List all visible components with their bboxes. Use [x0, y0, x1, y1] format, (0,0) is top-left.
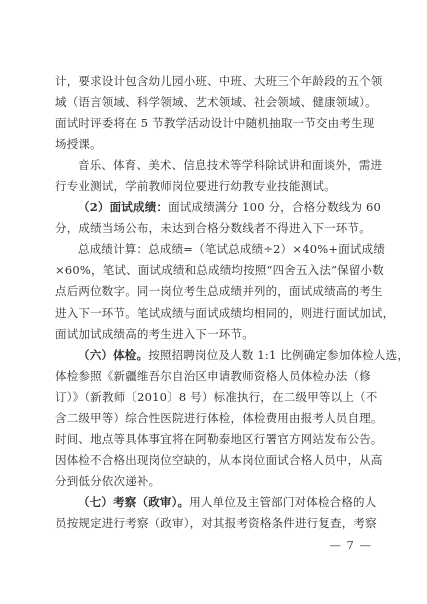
line-text: 场授课。	[55, 137, 102, 151]
text-line: 分到低分依次递补。	[55, 471, 375, 492]
line-text: 面试成绩满分 100 分，合格分数线为 60	[168, 200, 381, 214]
text-line: 行专业测试，学前教师岗位要进行幼教专业技能测试。	[55, 176, 375, 197]
document-page: 计，要求设计包含幼儿园小班、中班、大班三个年龄段的五个领域（语言领域、科学领域、…	[0, 0, 427, 604]
line-text: 分到低分依次递补。	[55, 474, 160, 488]
page-number: — 7 —	[329, 536, 372, 554]
text-line: 分，成绩当场公布，未达到合格分数线者不得进入下一环节。	[55, 218, 375, 239]
line-text: 音乐、体育、美术、信息技术等学科除试讲和面谈外，需进	[78, 158, 382, 172]
line-text: 总成绩计算：总成绩=（笔试总成绩÷2）×40%+面试成绩	[78, 242, 385, 256]
line-text: 用人单位及主管部门对体检合格的人	[189, 495, 376, 509]
text-line: 面试时评委将在 5 节教学活动设计中随机抽取一节交由考生现	[55, 113, 375, 134]
line-text: 含二级甲等）综合性医院进行体检，体检费用由报考人员自理。	[55, 411, 383, 425]
text-line: 时间、地点等具体事宜将在阿勒泰地区行署官方网站发布公告。	[55, 429, 375, 450]
text-line: 点后两位数字。同一岗位考生总成绩并列的，面试成绩高的考生	[55, 281, 375, 302]
line-text: 员按规定进行考察（政审），对其报考资格条件进行复查，考察	[55, 516, 377, 530]
text-line: 进入下一环节。笔试成绩与面试成绩均相同的，则进行面试加试，	[55, 303, 375, 324]
line-text: 按照招聘岗位及人数 1:1 比例确定参加体检人选，	[148, 348, 409, 362]
text-line: 含二级甲等）综合性医院进行体检，体检费用由报考人员自理。	[55, 408, 375, 429]
text-line: （六）体检。按照招聘岗位及人数 1:1 比例确定参加体检人选，	[55, 345, 375, 366]
line-text: 域（语言领域、科学领域、艺术领域、社会领域、健康领域）。	[55, 95, 377, 109]
section-heading: （2）面试成绩：	[78, 200, 168, 214]
text-line: 体检参照《新疆维吾尔自治区申请教师资格人员体检办法（修	[55, 366, 375, 387]
section-heading: （六）体检。	[78, 348, 148, 362]
text-line: 域（语言领域、科学领域、艺术领域、社会领域、健康领域）。	[55, 92, 375, 113]
body-text: 计，要求设计包含幼儿园小班、中班、大班三个年龄段的五个领域（语言领域、科学领域、…	[55, 71, 375, 534]
line-text: 因体检不合格出现岗位空缺的，从本岗位面试合格人员中，从高	[55, 453, 383, 467]
text-line: 场授课。	[55, 134, 375, 155]
line-text: 订）》（新教师〔2010〕8 号）标准执行，在二级甲等以上（不	[55, 390, 377, 404]
text-line: 因体检不合格出现岗位空缺的，从本岗位面试合格人员中，从高	[55, 450, 375, 471]
line-text: 分，成绩当场公布，未达到合格分数线者不得进入下一环节。	[55, 221, 371, 235]
text-line: 员按规定进行考察（政审），对其报考资格条件进行复查，考察	[55, 513, 375, 534]
text-line: 总成绩计算：总成绩=（笔试总成绩÷2）×40%+面试成绩	[55, 239, 375, 260]
text-line: 订）》（新教师〔2010〕8 号）标准执行，在二级甲等以上（不	[55, 387, 375, 408]
text-line: 面试加试成绩高的考生进入下一环节。	[55, 324, 375, 345]
text-line: 音乐、体育、美术、信息技术等学科除试讲和面谈外，需进	[55, 155, 375, 176]
text-line: ×60%，笔试、面试成绩和总成绩均按照“四舍五入法”保留小数	[55, 260, 375, 281]
line-text: ×60%，笔试、面试成绩和总成绩均按照“四舍五入法”保留小数	[55, 263, 384, 277]
line-text: 计，要求设计包含幼儿园小班、中班、大班三个年龄段的五个领	[55, 74, 383, 88]
text-line: 计，要求设计包含幼儿园小班、中班、大班三个年龄段的五个领	[55, 71, 375, 92]
text-line: （七）考察（政审）。用人单位及主管部门对体检合格的人	[55, 492, 375, 513]
text-line: （2）面试成绩：面试成绩满分 100 分，合格分数线为 60	[55, 197, 375, 218]
line-text: 面试加试成绩高的考生进入下一环节。	[55, 327, 254, 341]
line-text: 时间、地点等具体事宜将在阿勒泰地区行署官方网站发布公告。	[55, 432, 383, 446]
line-text: 面试时评委将在 5 节教学活动设计中随机抽取一节交由考生现	[55, 116, 374, 130]
line-text: 行专业测试，学前教师岗位要进行幼教专业技能测试。	[55, 179, 336, 193]
line-text: 点后两位数字。同一岗位考生总成绩并列的，面试成绩高的考生	[55, 284, 383, 298]
line-text: 体检参照《新疆维吾尔自治区申请教师资格人员体检办法（修	[55, 369, 371, 383]
section-heading: （七）考察（政审）。	[78, 495, 189, 509]
line-text: 进入下一环节。笔试成绩与面试成绩均相同的，则进行面试加试，	[55, 306, 394, 320]
